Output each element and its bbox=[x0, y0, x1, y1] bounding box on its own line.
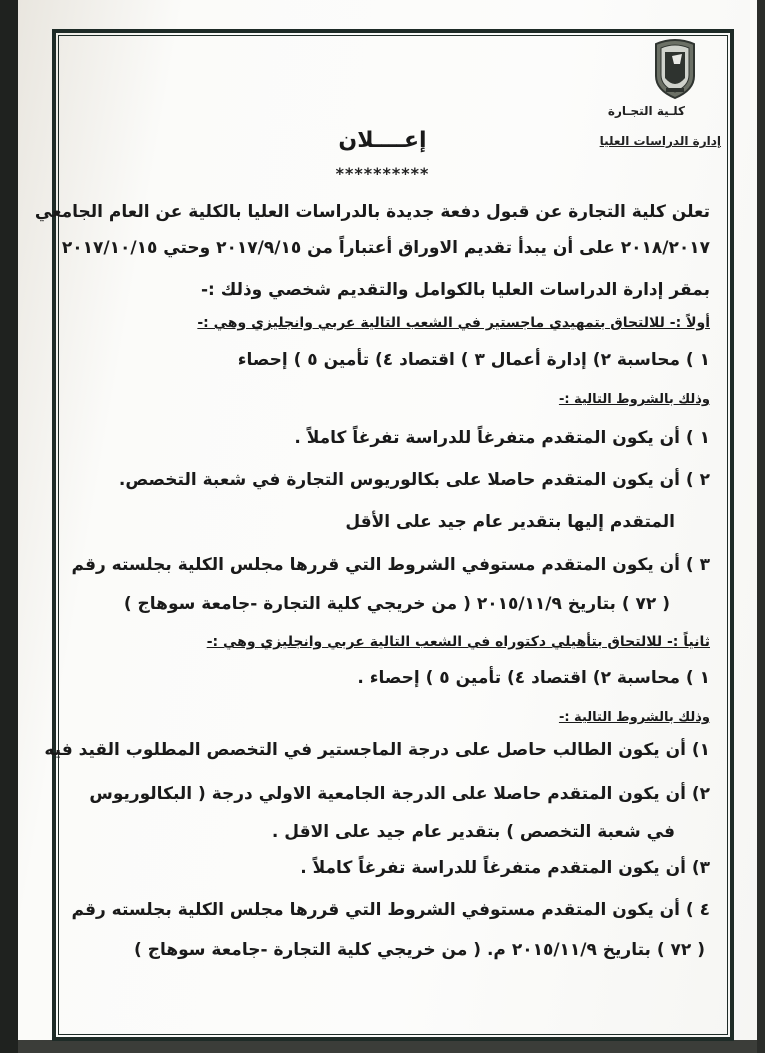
section2-condition: في شعبة التخصص ) بتقدير عام جيد على الاق… bbox=[272, 822, 675, 842]
section2-condition: ١) أن يكون الطالب حاصل على درجة الماجستي… bbox=[44, 740, 710, 760]
intro-line-2: ٢٠١٨/٢٠١٧ على أن يبدأ تقديم الاوراق أعتب… bbox=[62, 238, 710, 258]
section1-conditions-heading: وذلك بالشروط التالية :- bbox=[559, 392, 710, 407]
section2-condition: ٤ ) أن يكون المتقدم مستوفي الشروط التي ق… bbox=[72, 900, 711, 920]
section1-condition: ١ ) أن يكون المتقدم متفرغاً للدراسة تفرغ… bbox=[294, 428, 710, 448]
college-name: كلـية التجـارة bbox=[608, 104, 685, 118]
page-border-inner bbox=[58, 35, 728, 1035]
section1-branches: ١ ) محاسبة ٢) إدارة أعمال ٣ ) اقتصاد ٤) … bbox=[238, 350, 710, 370]
section2-condition: ٢) أن يكون المتقدم حاصلا على الدرجة الجا… bbox=[89, 784, 710, 804]
announcement-title: إعــــلان bbox=[0, 128, 765, 153]
section1-condition: ٢ ) أن يكون المتقدم حاصلا على بكالوريوس … bbox=[119, 470, 710, 490]
section2-branches: ١ ) محاسبة ٢) اقتصاد ٤) تأمين ٥ ) إحصاء … bbox=[357, 668, 710, 688]
section1-condition: المتقدم إليها بتقدير عام جيد على الأقل bbox=[345, 512, 675, 532]
scan-left-edge bbox=[0, 0, 18, 1053]
section2-condition: ( ٧٢ ) بتاريخ ٢٠١٥/١١/٩ م. ( من خريجي كل… bbox=[134, 940, 705, 960]
section2-condition: ٣) أن يكون المتقدم متفرغاً للدراسة تفرغا… bbox=[300, 858, 710, 878]
title-separator: ********** bbox=[0, 164, 765, 183]
section2-conditions-heading: وذلك بالشروط التالية :- bbox=[559, 710, 710, 725]
scan-bottom-edge bbox=[18, 1040, 757, 1053]
university-crest-icon bbox=[652, 38, 698, 100]
section1-condition: ٣ ) أن يكون المتقدم مستوفي الشروط التي ق… bbox=[72, 555, 711, 575]
scan-right-edge bbox=[757, 0, 765, 1053]
intro-line-3: بمقر إدارة الدراسات العليا بالكوامل والت… bbox=[201, 280, 710, 300]
section1-heading: أولاً :- للالتحاق بتمهيدي ماجستير في الش… bbox=[197, 315, 710, 331]
section1-condition: ( ٧٢ ) بتاريخ ٢٠١٥/١١/٩ ( من خريجي كلية … bbox=[124, 594, 670, 614]
intro-line-1: تعلن كلية التجارة عن قبول دفعة جديدة بال… bbox=[35, 202, 710, 222]
section2-heading: ثانياً :- للالتحاق بتأهيلي دكتوراه في ال… bbox=[207, 634, 710, 650]
